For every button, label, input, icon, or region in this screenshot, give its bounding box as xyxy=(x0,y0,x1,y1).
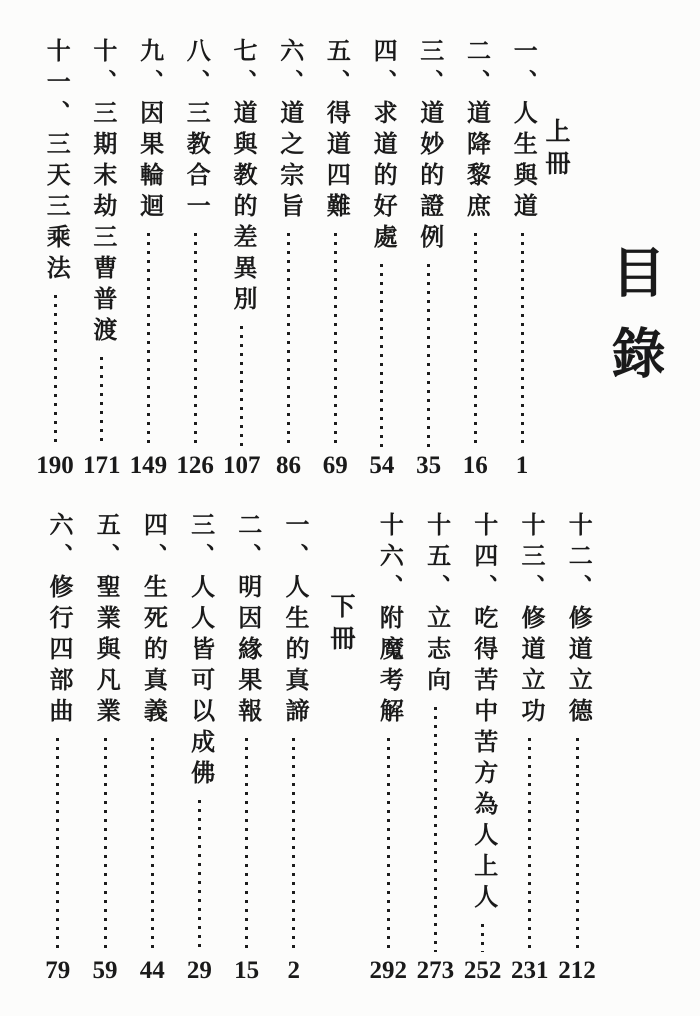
toc-entry-page-number: 292 xyxy=(369,958,407,985)
toc-entry: 二、道降黎庶16 xyxy=(453,38,497,480)
dot-leader xyxy=(287,233,290,447)
toc-entry-title: 三、人人皆可以成佛 xyxy=(186,512,212,791)
toc-entry-page-number: 171 xyxy=(83,453,121,480)
toc-entry-page-number: 86 xyxy=(276,453,301,480)
toc-entry: 二、明因緣果報15 xyxy=(225,512,269,985)
toc-entry-title: 一、人生與道 xyxy=(509,38,535,224)
dot-leader xyxy=(292,738,295,952)
toc-entry-page-number: 126 xyxy=(176,453,214,480)
toc-entry-page-number: 273 xyxy=(417,958,455,985)
dot-leader xyxy=(481,924,484,952)
toc-entry-title: 四、求道的好處 xyxy=(369,38,395,255)
toc-entry-title: 十二、修道立德 xyxy=(564,512,590,729)
dot-leader xyxy=(54,295,57,447)
toc-entry-title: 十一、三天三乘法 xyxy=(42,38,68,286)
dot-leader xyxy=(104,738,107,952)
toc-entry: 八、三教合一126 xyxy=(173,38,217,480)
toc-entry-title: 二、道降黎庶 xyxy=(462,38,488,224)
toc-entry-title: 十四、吃得苦中苦方為人上人 xyxy=(469,512,495,915)
toc-entry: 十二、修道立德212 xyxy=(555,512,599,985)
toc-entry: 三、道妙的證例35 xyxy=(407,38,451,480)
toc-entry: 七、道與教的差異別107 xyxy=(220,38,264,480)
dot-leader xyxy=(240,326,243,447)
toc-entry: 十六、附魔考解292 xyxy=(366,512,410,985)
toc-entry-page-number: 190 xyxy=(36,453,74,480)
dot-leader xyxy=(380,264,383,447)
toc-entry-page-number: 16 xyxy=(463,453,488,480)
toc-entry: 五、聖業與凡業59 xyxy=(83,512,127,985)
toc-entry-page-number: 252 xyxy=(464,958,502,985)
toc-entry-title: 六、修行四部曲 xyxy=(45,512,71,729)
toc-entry-title: 七、道與教的差異別 xyxy=(229,38,255,317)
toc-entry: 十五、立志向273 xyxy=(413,512,457,985)
dot-leader xyxy=(245,738,248,952)
toc-entry-title: 五、聖業與凡業 xyxy=(92,512,118,729)
dot-leader xyxy=(194,233,197,447)
dot-leader xyxy=(100,357,103,447)
toc-entry-page-number: 44 xyxy=(140,958,165,985)
toc-entry-page-number: 29 xyxy=(187,958,212,985)
toc-page: 目錄 上冊 下冊 一、人生與道1二、道降黎庶16三、道妙的證例35四、求道的好處… xyxy=(0,0,700,1016)
toc-entry-page-number: 212 xyxy=(558,958,596,985)
dot-leader xyxy=(521,233,524,447)
toc-entry: 四、生死的真義44 xyxy=(130,512,174,985)
volume-2-label: 下冊 xyxy=(328,593,353,657)
toc-entry-title: 三、道妙的證例 xyxy=(415,38,441,255)
toc-entry-page-number: 59 xyxy=(93,958,118,985)
volume-1-label: 上冊 xyxy=(543,118,568,182)
dot-leader xyxy=(334,233,337,447)
toc-entry: 六、道之宗旨86 xyxy=(267,38,311,480)
dot-leader xyxy=(387,738,390,952)
dot-leader xyxy=(56,738,59,952)
toc-entry: 六、修行四部曲79 xyxy=(36,512,80,985)
toc-entry-title: 十六、附魔考解 xyxy=(375,512,401,729)
toc-entry-page-number: 2 xyxy=(288,958,301,985)
toc-entry-page-number: 15 xyxy=(234,958,259,985)
toc-entry: 十三、修道立功231 xyxy=(508,512,552,985)
dot-leader xyxy=(198,800,201,952)
dot-leader xyxy=(147,233,150,447)
dot-leader xyxy=(151,738,154,952)
toc-entry-title: 二、明因緣果報 xyxy=(233,512,259,729)
toc-entry-title: 十三、修道立功 xyxy=(517,512,543,729)
toc-entry-page-number: 149 xyxy=(130,453,168,480)
toc-entry: 一、人生與道1 xyxy=(500,38,544,480)
toc-entry: 一、人生的真諦2 xyxy=(272,512,316,985)
toc-entry-title: 一、人生的真諦 xyxy=(281,512,307,729)
toc-entry-title: 八、三教合一 xyxy=(182,38,208,224)
toc-entry: 十一、三天三乘法190 xyxy=(33,38,77,480)
toc-entry-title: 十、三期末劫三曹普渡 xyxy=(88,38,114,348)
toc-entry-title: 六、道之宗旨 xyxy=(275,38,301,224)
toc-entry-title: 五、得道四難 xyxy=(322,38,348,224)
dot-leader xyxy=(434,707,437,952)
toc-entry-title: 九、因果輪迴 xyxy=(135,38,161,224)
toc-entry: 五、得道四難69 xyxy=(313,38,357,480)
toc-entry-title: 四、生死的真義 xyxy=(139,512,165,729)
dot-leader xyxy=(576,738,579,952)
dot-leader xyxy=(427,264,430,447)
toc-entry: 四、求道的好處54 xyxy=(360,38,404,480)
toc-entry-page-number: 35 xyxy=(416,453,441,480)
toc-entry-page-number: 69 xyxy=(323,453,348,480)
toc-entry-page-number: 1 xyxy=(516,453,529,480)
toc-entry: 十、三期末劫三曹普渡171 xyxy=(80,38,124,480)
toc-entry-page-number: 54 xyxy=(369,453,394,480)
toc-entry: 十四、吃得苦中苦方為人上人252 xyxy=(461,512,505,985)
dot-leader xyxy=(474,233,477,447)
toc-entry: 三、人人皆可以成佛29 xyxy=(177,512,221,985)
toc-entry-title: 十五、立志向 xyxy=(422,512,448,698)
toc-entry-page-number: 79 xyxy=(45,958,70,985)
dot-leader xyxy=(528,738,531,952)
toc-entry-page-number: 231 xyxy=(511,958,549,985)
toc-entry: 九、因果輪迴149 xyxy=(126,38,170,480)
page-title: 目錄 xyxy=(607,244,661,406)
toc-entry-page-number: 107 xyxy=(223,453,261,480)
